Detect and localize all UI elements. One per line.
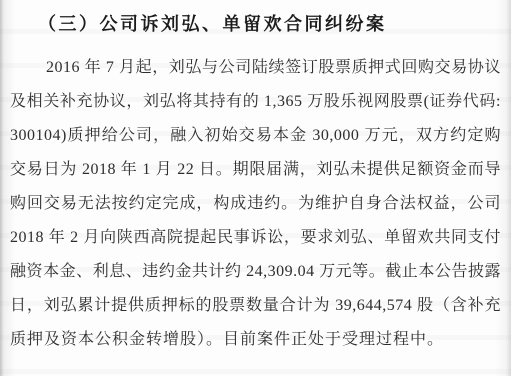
- text-line: 融资本金、利息、违约金共计约 24,309.04 万元等。截止本公告披露: [10, 255, 501, 289]
- text-line: 2016 年 7 月起，刘弘与公司陆续签订股票质押式回购交易协议: [10, 51, 501, 85]
- text-line: 交易日为 2018 年 1 月 22 日。期限届满，刘弘未提供足额资金而导致: [10, 153, 501, 187]
- text-line: 300104)质押给公司，融入初始交易本金 30,000 万元，双方约定购回: [10, 119, 501, 153]
- document-page: （三）公司诉刘弘、单留欢合同纠纷案 2016 年 7 月起，刘弘与公司陆续签订股…: [0, 0, 511, 376]
- text-line: 日，刘弘累计提供质押标的股票数量合计为 39,644,574 股（含补充: [10, 289, 501, 323]
- paragraph: 2016 年 7 月起，刘弘与公司陆续签订股票质押式回购交易协议 及相关补充协议…: [10, 51, 501, 357]
- text-line: 购回交易无法按约定完成，构成违约。为维护自身合法权益，公司于: [10, 187, 501, 221]
- section-heading: （三）公司诉刘弘、单留欢合同纠纷案: [38, 10, 501, 36]
- text-line: 2018 年 2 月向陕西高院提起民事诉讼，要求刘弘、单留欢共同支付: [10, 221, 501, 255]
- text-line: 质押及资本公积金转增股）。目前案件正处于受理过程中。: [10, 323, 501, 357]
- text-line: 及相关补充协议，刘弘将其持有的 1,365 万股乐视网股票(证券代码:: [10, 85, 501, 119]
